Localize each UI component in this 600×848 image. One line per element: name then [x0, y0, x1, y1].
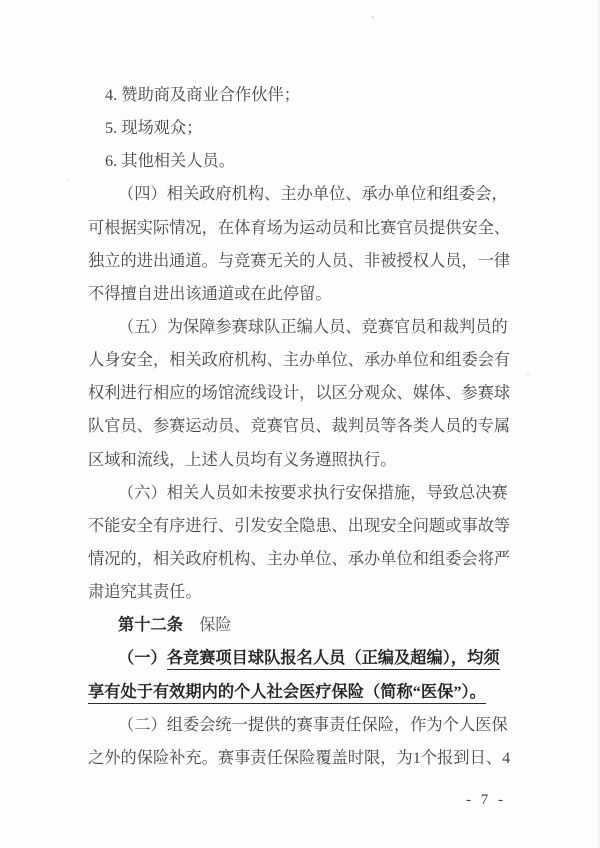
- text-segment: （一）: [118, 649, 167, 667]
- document-page: 4. 赞助商及商业合作伙伴；5. 现场观众；6. 其他相关人员。（四）相关政府机…: [0, 0, 600, 848]
- clause-line: 享有处于有效期内的个人社会医疗保险（简称“医保”）。: [88, 676, 518, 709]
- text-segment: 权利进行相应的场馆流线设计，以区分观众、媒体、参赛球: [88, 384, 510, 402]
- text-segment: 不得擅自进出该通道或在此停留。: [88, 285, 332, 303]
- text-segment: 第十二条: [118, 616, 183, 634]
- text-segment: 不能安全有序进行、引发安全隐患、出现安全问题或事故等: [88, 517, 510, 535]
- paragraph-line: 肃追究其责任。: [88, 576, 518, 609]
- section-heading: 第十二条 保险: [88, 609, 518, 642]
- text-segment: 队官员、参赛运动员、竞赛官员、裁判员等各类人员的专属: [88, 417, 510, 435]
- paragraph-line: 可根据实际情况，在体育场为运动员和比赛官员提供安全、: [88, 212, 518, 245]
- text-segment: 情况的，相关政府机构、主办单位、承办单位和组委会将严: [88, 550, 510, 568]
- document-body: 4. 赞助商及商业合作伙伴；5. 现场观众；6. 其他相关人员。（四）相关政府机…: [88, 79, 518, 775]
- text-segment: 区域和流线，上述人员均有义务遵照执行。: [88, 451, 397, 469]
- text-segment: 之外的保险补充。赛事责任保险覆盖时限，为1个报到日、4: [88, 749, 510, 767]
- paragraph-line: 不得擅自进出该通道或在此停留。: [88, 278, 518, 311]
- text-segment: （二）组委会统一提供的赛事责任保险，作为个人医保: [118, 716, 508, 734]
- text-segment: （六）相关人员如未按要求执行安保措施，导致总决赛: [118, 484, 508, 502]
- paragraph-line: 人身安全，相关政府机构、主办单位、承办单位和组委会有: [88, 344, 518, 377]
- emphasized-text: 享有处于有效期内的个人社会医疗保险（简称“医保”）。: [88, 683, 486, 704]
- paragraph-line: 权利进行相应的场馆流线设计，以区分观众、媒体、参赛球: [88, 377, 518, 410]
- paragraph-line: 之外的保险补充。赛事责任保险覆盖时限，为1个报到日、4: [88, 742, 518, 775]
- paragraph-line: 队官员、参赛运动员、竞赛官员、裁判员等各类人员的专属: [88, 410, 518, 443]
- paragraph-line: 情况的，相关政府机构、主办单位、承办单位和组委会将严: [88, 543, 518, 576]
- list-item: 4. 赞助商及商业合作伙伴；: [88, 79, 518, 112]
- page-number: - 7 -: [466, 792, 506, 809]
- text-segment: 可根据实际情况，在体育场为运动员和比赛官员提供安全、: [88, 219, 510, 237]
- text-segment: （四）相关政府机构、主办单位、承办单位和组委会，: [118, 185, 508, 203]
- text-segment: 保险: [183, 616, 232, 634]
- paragraph-line: （六）相关人员如未按要求执行安保措施，导致总决赛: [88, 477, 518, 510]
- clause-line: （一）各竞赛项目球队报名人员（正编及超编），均须: [88, 642, 518, 675]
- scan-speck: [371, 16, 374, 19]
- text-segment: 肃追究其责任。: [88, 583, 202, 601]
- paragraph-line: （五）为保障参赛球队正编人员、竞赛官员和裁判员的: [88, 311, 518, 344]
- text-segment: （五）为保障参赛球队正编人员、竞赛官员和裁判员的: [118, 318, 508, 336]
- scan-speck: [527, 372, 529, 375]
- text-segment: 5. 现场观众；: [105, 119, 203, 137]
- emphasized-text: 各竞赛项目球队报名人员（正编及超编），均须: [167, 649, 500, 670]
- text-segment: 人身安全，相关政府机构、主办单位、承办单位和组委会有: [88, 351, 510, 369]
- paragraph-line: 不能安全有序进行、引发安全隐患、出现安全问题或事故等: [88, 510, 518, 543]
- scan-speck: [66, 179, 68, 181]
- text-segment: 6. 其他相关人员。: [105, 152, 235, 170]
- text-segment: 独立的进出通道。与竞赛无关的人员、非被授权人员，一律: [88, 252, 510, 270]
- paragraph-line: （四）相关政府机构、主办单位、承办单位和组委会，: [88, 178, 518, 211]
- text-segment: 4. 赞助商及商业合作伙伴；: [105, 86, 300, 104]
- paragraph-line: 区域和流线，上述人员均有义务遵照执行。: [88, 444, 518, 477]
- list-item: 5. 现场观众；: [88, 112, 518, 145]
- paragraph-line: （二）组委会统一提供的赛事责任保险，作为个人医保: [88, 709, 518, 742]
- list-item: 6. 其他相关人员。: [88, 145, 518, 178]
- paragraph-line: 独立的进出通道。与竞赛无关的人员、非被授权人员，一律: [88, 245, 518, 278]
